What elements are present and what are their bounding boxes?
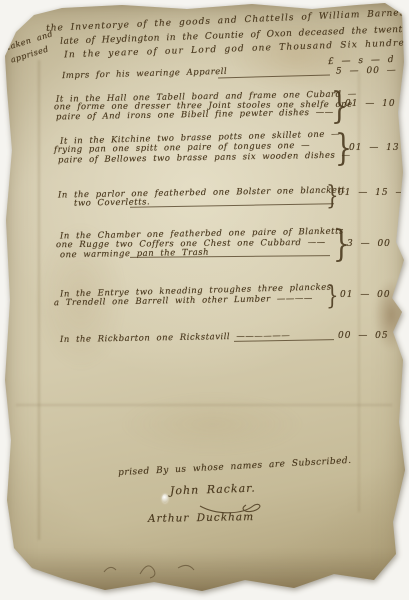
value-amount: 5 — 00 — 0 xyxy=(336,65,409,76)
paper-crease xyxy=(38,60,40,540)
paper-blemish xyxy=(162,494,168,503)
value-amount: 01 — 13 — 4 xyxy=(349,143,409,153)
value-amount: 00 — 05 — 0 xyxy=(338,331,409,341)
inventory-line: one warminge pan the Trash xyxy=(60,248,209,261)
value-amount: 01 — 10 — 0 xyxy=(345,99,409,109)
signature: Arthur Duckham xyxy=(148,511,254,525)
paper-crease xyxy=(16,404,392,406)
value-amount: 3 — 00 — 0 xyxy=(347,239,409,249)
paper-sheet: taken and apprised the Inventorye of the… xyxy=(2,2,407,598)
signature: John Rackar. xyxy=(170,482,256,498)
attestation-line: prised By us whose names are Subscribed. xyxy=(118,456,352,478)
brace-mark xyxy=(326,285,338,307)
manuscript-photo: taken and apprised the Inventorye of the… xyxy=(2,2,407,598)
ink-smudge xyxy=(100,554,220,580)
paper-stain xyxy=(122,394,302,454)
brace-mark xyxy=(326,185,338,207)
value-amount: 01 — 00 — 0 xyxy=(340,290,409,300)
inventory-line: Imprs for his wearinge Apparell xyxy=(62,67,227,81)
fill-rule xyxy=(218,75,330,79)
fill-rule xyxy=(130,203,334,208)
value-amount: 01 — 15 — 0 xyxy=(338,188,409,198)
inventory-line: In the Rickbarton one Rickstavill —————— xyxy=(60,331,290,345)
